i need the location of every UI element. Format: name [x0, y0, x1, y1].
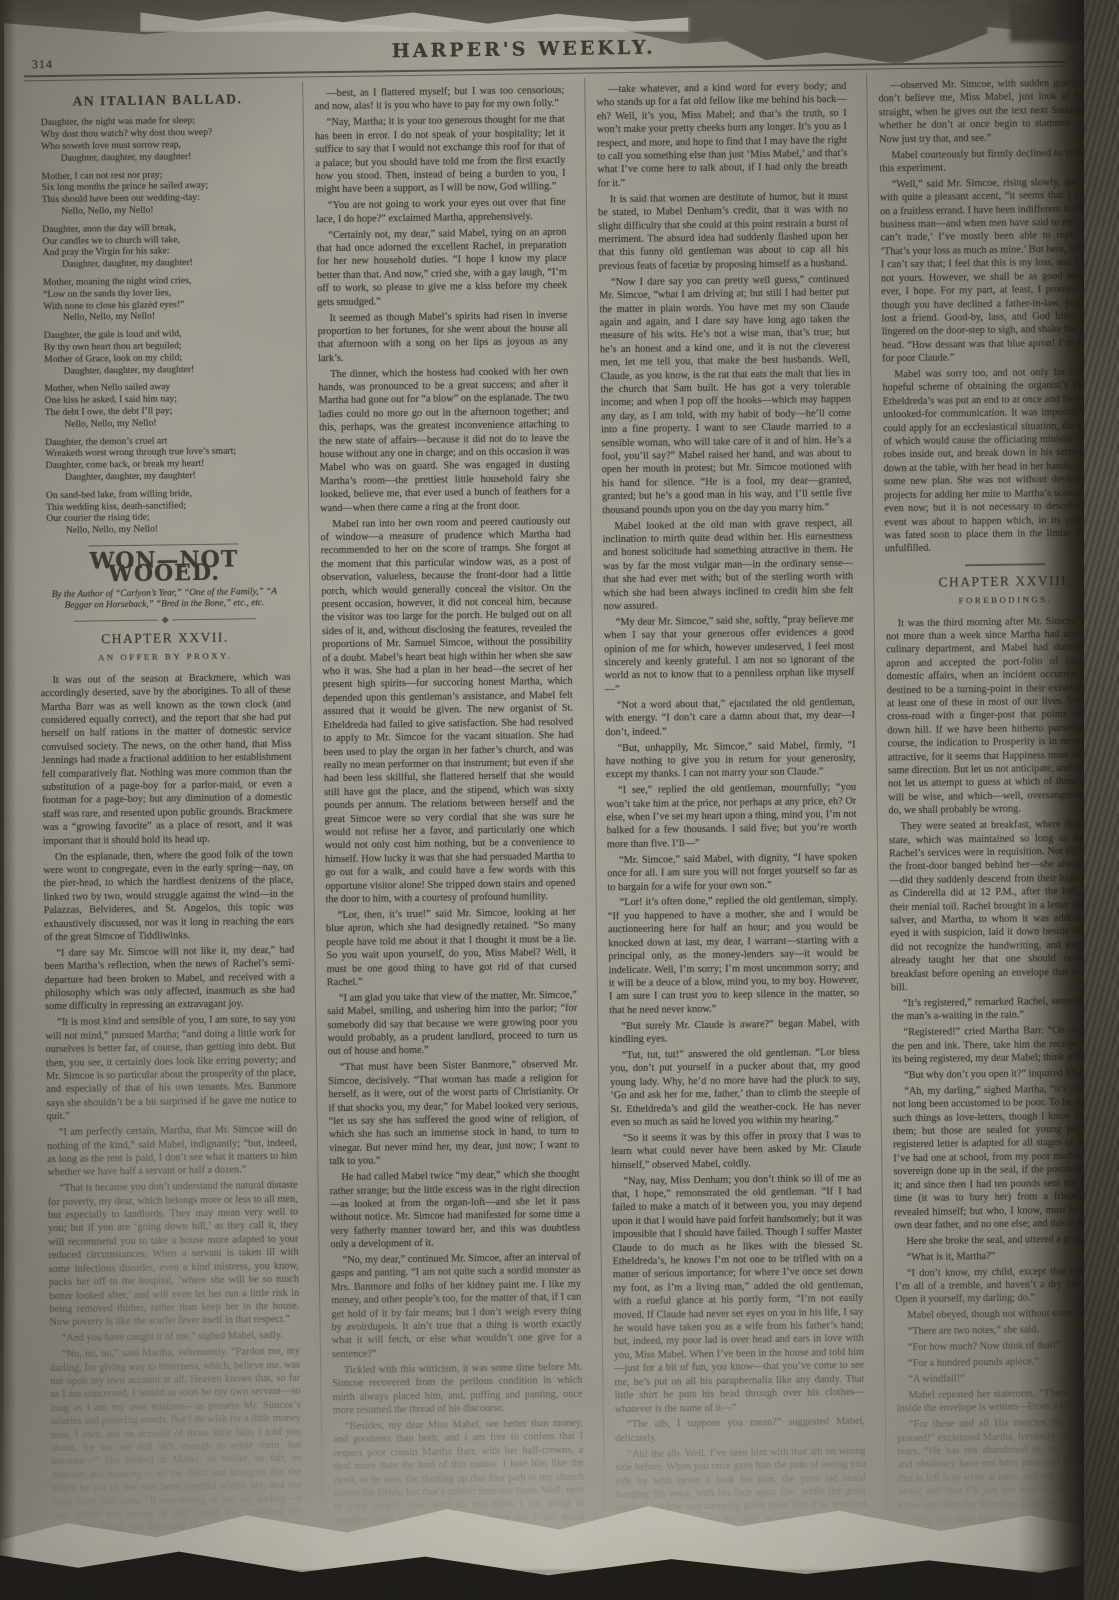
paragraph: It was out of the season at Brackmere, w… — [40, 670, 292, 848]
chapter-27-heading: CHAPTER XXVII. — [40, 630, 290, 647]
paragraph: “That is because you don’t understand th… — [48, 1179, 300, 1330]
paragraph: “Now I dare say you can pretty well gues… — [599, 273, 852, 518]
column-2: —best, as I flattered myself; but I was … — [314, 84, 584, 1547]
paragraph: It seemed as though Mabel’s spirits had … — [317, 308, 568, 365]
fore-edge-shading — [1084, 0, 1119, 1600]
ballad-stanza: Mother, when Nello sailed away One kiss … — [44, 380, 287, 431]
paragraph: “I am glad you take that view of the mat… — [327, 989, 578, 1060]
ballad-stanza: Mother, moaning the night wind cries, “L… — [43, 274, 286, 325]
ballad-stanza: Daughter, the gale is loud and wild, By … — [44, 327, 287, 378]
ornament-line — [172, 618, 256, 620]
paragraph: —best, as I flattered myself; but I was … — [314, 84, 564, 114]
paragraph: “So it seems it was by this offer in pro… — [611, 1129, 862, 1173]
paragraph: “Lor! it’s often done,” replied the old … — [608, 893, 860, 1017]
paragraph: Mabel ran into her own room and peered c… — [320, 514, 575, 906]
paragraph: He had called Mabel twice “my dear,” whi… — [329, 1168, 580, 1252]
diamond-icon — [161, 616, 168, 623]
ballad-stanza: On sand-bed lake, from willing bride, Th… — [46, 486, 289, 537]
story-title: WON—NOT WOOED. — [39, 553, 289, 583]
page-left-shadow — [0, 0, 16, 1600]
story-byline: By the Author of “Carlyon’s Year,” “One … — [43, 587, 285, 614]
column-3: —take whatever, and a kind word for ever… — [596, 80, 866, 1543]
paragraph: “I am perfectly certain, Martha, that Mr… — [47, 1123, 298, 1180]
chapter-27-subheading: AN OFFER BY PROXY. — [40, 649, 290, 666]
paragraph: “It is most kind and sensible of you, I … — [45, 1013, 296, 1124]
paragraph: “Tut, tut, tut!” answered the old gentle… — [610, 1046, 861, 1130]
paragraph: “Mr. Simcoe,” said Mabel, with dignity, … — [607, 851, 858, 895]
paragraph: —take whatever, and a kind word for ever… — [596, 80, 847, 191]
paragraph: “Lor, then, it’s true!” said Mr. Simcoe,… — [326, 906, 577, 990]
scanned-newspaper-photo: 314 HARPER'S WEEKLY. [APRIL 8, 1871. AN … — [0, 0, 1119, 1600]
paragraph: “But, unhappily, Mr. Simcoe,” said Mabel… — [605, 738, 856, 782]
ornament-line — [74, 619, 158, 621]
paragraph: “My dear Mr. Simcoe,” said she, softly, … — [604, 613, 855, 697]
ballad-title: AN ITALIAN BALLAD. — [32, 92, 282, 109]
paragraph: It is said that women are destitute of h… — [598, 190, 849, 274]
ornament-divider — [74, 616, 256, 624]
paragraph: “Not a word about that,” ejaculated the … — [605, 696, 856, 740]
paragraph: On the esplanade, then, where the good f… — [43, 847, 294, 944]
page-content: 314 HARPER'S WEEKLY. [APRIL 8, 1871. AN … — [0, 0, 1119, 1593]
ballad-stanza: Daughter, the demon’s cruel art Wreaketh… — [45, 433, 288, 484]
paragraph: Tickled with this witticism, it was some… — [332, 1361, 583, 1418]
paragraph: “No, my dear,” continued Mr. Simcoe, aft… — [331, 1251, 582, 1362]
paragraph: “I dare say Mr. Simcoe will not like it,… — [44, 944, 295, 1015]
paragraph: “Nay, nay, Miss Denham; you don’t think … — [611, 1171, 864, 1416]
paragraph: “The alb, I suppose you mean?” suggested… — [615, 1415, 865, 1445]
paragraph: “That must have been Sister Banmore,” ob… — [328, 1058, 579, 1169]
column-1: AN ITALIAN BALLAD. Daughter, the night w… — [32, 88, 302, 1551]
paragraph: “You are not going to work your eyes out… — [316, 196, 566, 226]
paragraph: “Certainly not, my dear,” said Mabel, ty… — [316, 225, 567, 309]
paragraph: “Nay, Martha; it is your too generous th… — [315, 113, 566, 197]
paragraph: “But surely Mr. Claude is aware?” began … — [609, 1016, 859, 1046]
paragraph: The dinner, which the hostess had cooked… — [318, 364, 570, 515]
paragraph: Mabel looked at the old man with grave r… — [602, 516, 853, 613]
paragraph: “I see,” replied the old gentleman, mour… — [606, 781, 857, 852]
paragraph: “And you have caught it of me,” sighed M… — [50, 1329, 300, 1346]
ballad-stanza: Daughter, the night was made for sleep; … — [41, 114, 284, 165]
ballad-stanza: Mother, I can not rest nor pray; Six lon… — [41, 167, 284, 218]
ballad-stanza: Daughter, anon the day will break, Our c… — [42, 221, 285, 272]
newspaper-page: 314 HARPER'S WEEKLY. [APRIL 8, 1871. AN … — [4, 8, 1110, 1586]
